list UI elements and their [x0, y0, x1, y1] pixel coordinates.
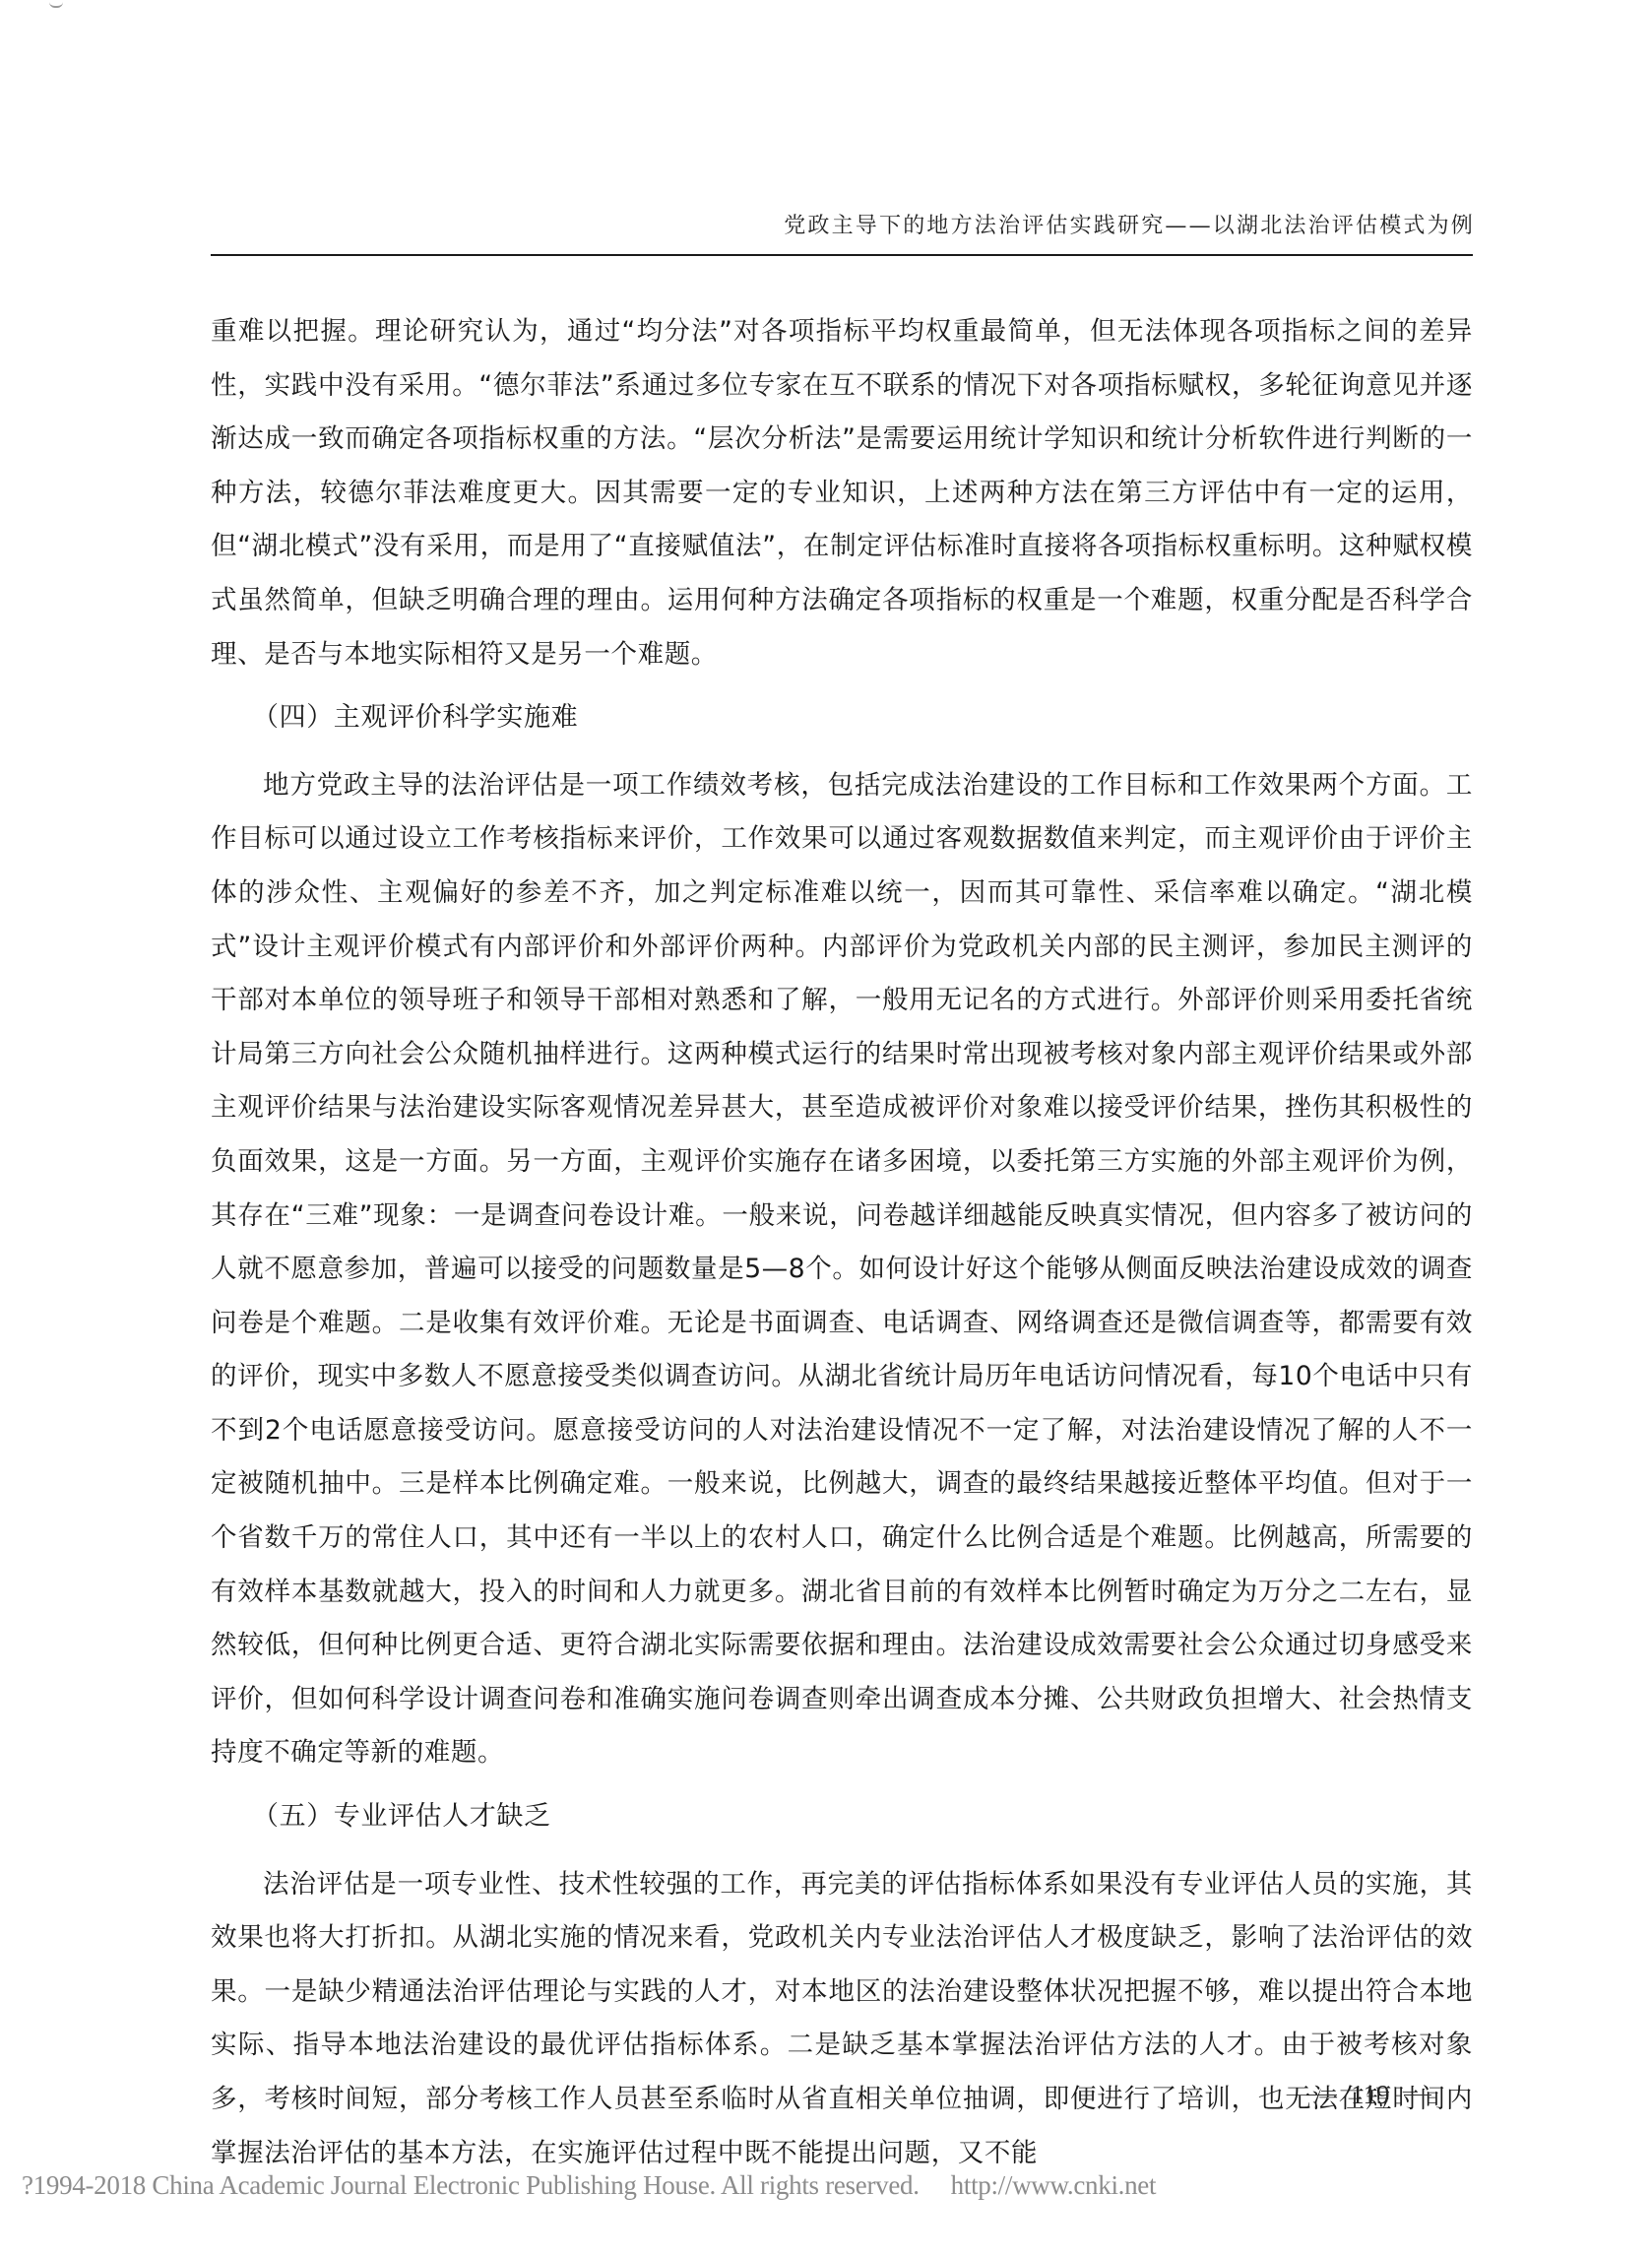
copyright-text: ?1994-2018 China Academic Journal Electr… — [22, 2170, 920, 2200]
scan-corner-mark — [49, 0, 63, 8]
paragraph-continued: 重难以把握。理论研究认为，通过“均分法”对各项指标平均权重最简单，但无法体现各项… — [211, 305, 1473, 681]
dash-left — [1309, 2095, 1337, 2096]
page-number-value: 119 — [1351, 2080, 1390, 2110]
body-text: 重难以把握。理论研究认为，通过“均分法”对各项指标平均权重最简单，但无法体现各项… — [211, 305, 1473, 2180]
cnki-url[interactable]: http://www.cnki.net — [951, 2170, 1157, 2200]
running-header: 党政主导下的地方法治评估实践研究——以湖北法治评估模式为例 — [197, 209, 1475, 239]
header-rule — [211, 254, 1473, 256]
section-heading-5: （五）专业评估人才缺乏 — [211, 1790, 1473, 1844]
paragraph: 法治评估是一项专业性、技术性较强的工作，再完美的评估指标体系如果没有专业评估人员… — [211, 1858, 1473, 2181]
copyright-footer: ?1994-2018 China Academic Journal Electr… — [22, 2170, 1156, 2201]
dash-right — [1404, 2095, 1431, 2096]
paragraph: 地方党政主导的法治评估是一项工作绩效考核，包括完成法治建设的工作目标和工作效果两… — [211, 759, 1473, 1780]
page-number: 119 — [1309, 2080, 1506, 2110]
section-heading-4: （四）主观评价科学实施难 — [211, 691, 1473, 745]
